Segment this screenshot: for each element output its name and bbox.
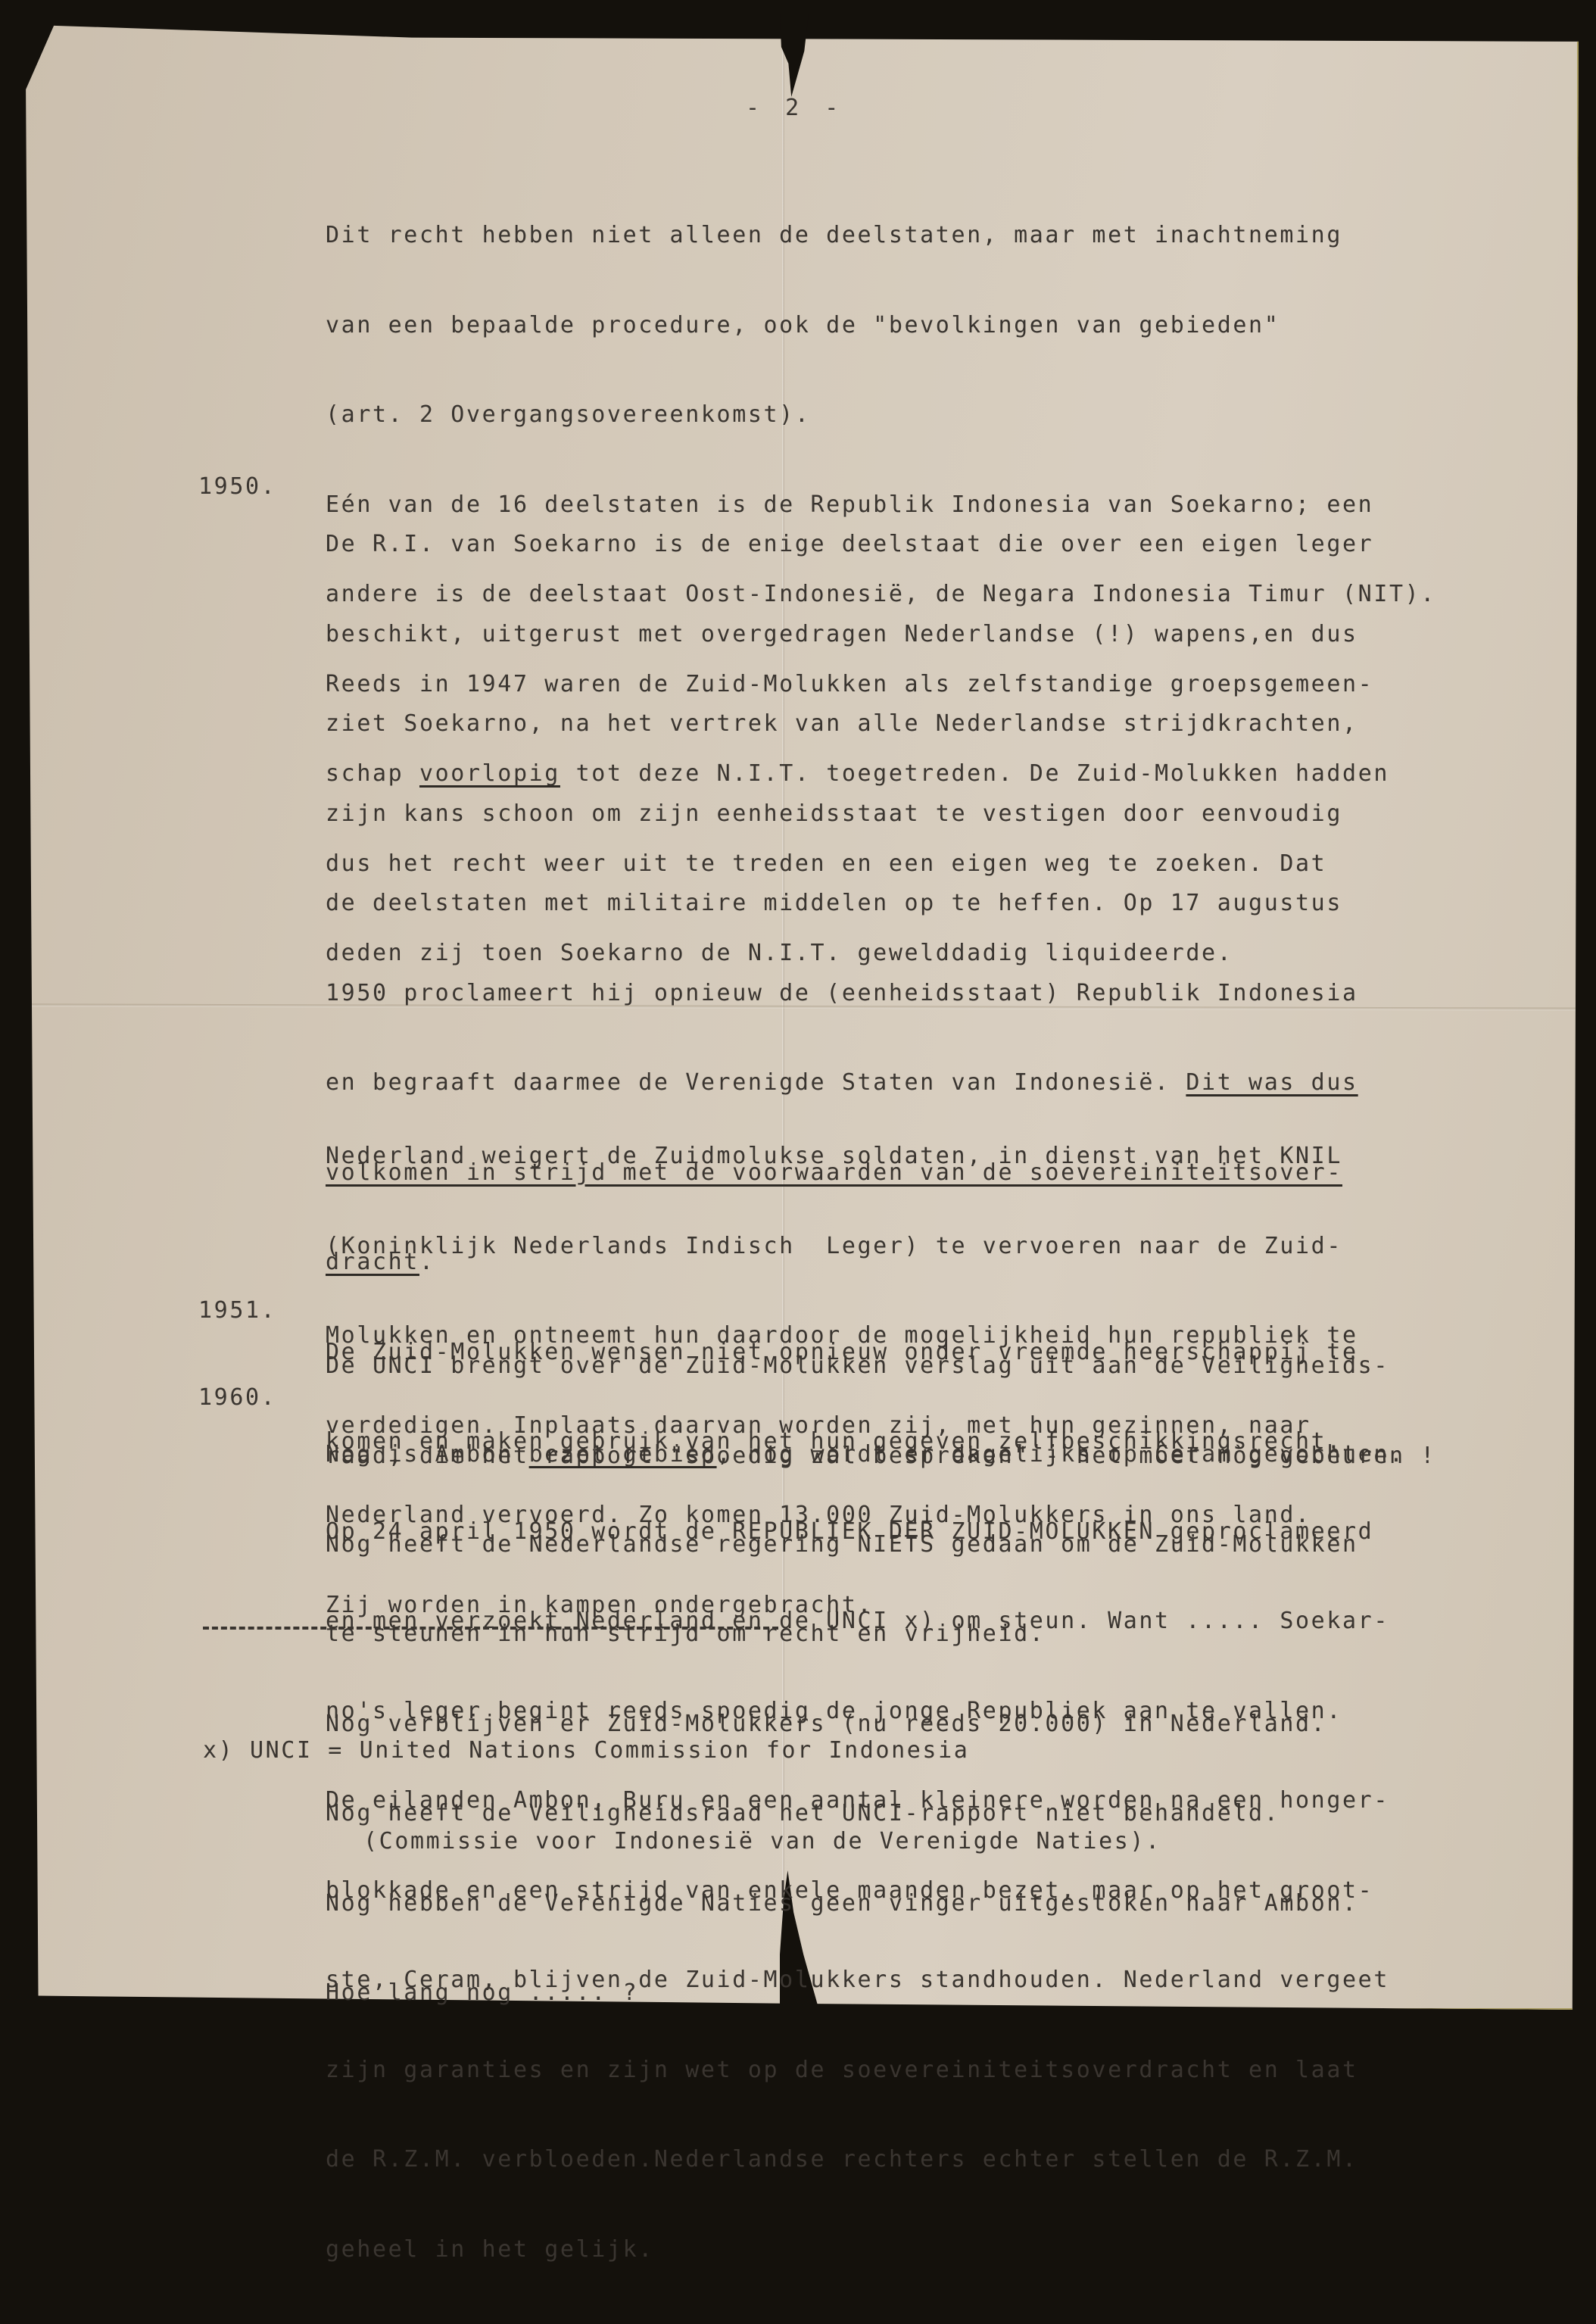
underlined-text: bezet gebied: [529, 1441, 717, 1468]
year-label-1950: 1950.: [198, 473, 276, 500]
text-line: te steunen in hun strijd om recht en vri…: [326, 1619, 1405, 1649]
dashed-separator: [203, 1627, 778, 1630]
text-line: 1950 proclameert hij opnieuw de (eenheid…: [326, 978, 1389, 1009]
text-line: Nederland weigert de Zuidmolukse soldate…: [326, 1141, 1358, 1171]
text-line: (Koninklijk Nederlands Indisch Leger) te…: [326, 1231, 1358, 1262]
text-line: De UNCI brengt over de Zuid-Molukken ver…: [326, 1351, 1436, 1381]
text-segment: Nog is Ambon: [326, 1441, 529, 1468]
text-line: ziet Soekarno, na het vertrek van alle N…: [326, 709, 1389, 739]
footnote-line: (Commissie voor Indonesië van de Verenig…: [203, 1826, 1161, 1857]
text-line: Nog is Ambon bezet gebied, nog wordt er …: [326, 1440, 1405, 1470]
year-label-1960: 1960.: [198, 1384, 276, 1411]
footnote: x) UNCI = United Nations Commission for …: [203, 1675, 1161, 1917]
text-line: De R.I. van Soekarno is de enige deelsta…: [326, 529, 1389, 560]
page-number: - 2 -: [746, 95, 844, 121]
text-line: zijn kans schoon om zijn eenheidsstaat t…: [326, 799, 1389, 829]
year-label-1951: 1951.: [198, 1297, 276, 1324]
text-line: (art. 2 Overgangsovereenkomst).: [326, 400, 1436, 430]
footnote-line: x) UNCI = United Nations Commission for …: [203, 1736, 1161, 1766]
text-line: beschikt, uitgerust met overgedragen Ned…: [326, 619, 1389, 650]
typewritten-document: - 2 - Dit recht hebben niet alleen de de…: [0, 0, 1596, 2022]
text-segment: , nog wordt er dagelijks op Ceram gevoch…: [717, 1441, 1405, 1468]
text-line: Dit recht hebben niet alleen de deelstat…: [326, 220, 1436, 251]
text-line: van een bepaalde procedure, ook de "bevo…: [326, 310, 1436, 341]
text-line: Nog heeft de Nederlandse regering NIETS …: [326, 1530, 1405, 1560]
text-line: de deelstaten met militaire middelen op …: [326, 888, 1389, 919]
text-line: Hoe lang nog ..... ?: [326, 1978, 1405, 2008]
